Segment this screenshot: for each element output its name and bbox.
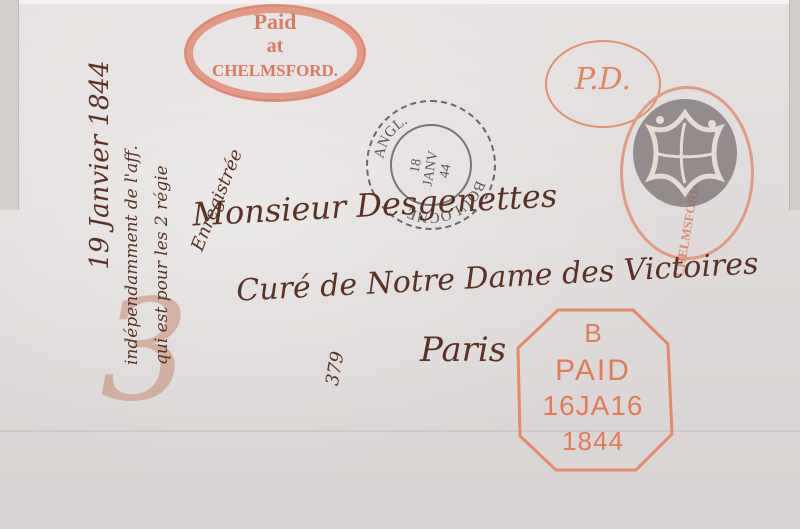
right-fold-flap xyxy=(789,0,800,210)
paper-top-edge xyxy=(0,0,800,4)
maltese-cross-cancel-icon xyxy=(630,98,740,208)
octagon-letter: B xyxy=(508,318,678,349)
docket-number: 379 xyxy=(322,350,349,387)
svg-text:ANGL.: ANGL. xyxy=(371,112,410,159)
pd-text: P.D. xyxy=(547,62,659,97)
left-fold-flap xyxy=(0,0,19,210)
note-line-1: indépendamment de l'aff. xyxy=(122,65,142,365)
octagon-date-text: 16JA16 xyxy=(508,390,678,422)
at-text: at xyxy=(187,35,363,58)
letter-date: 19 Janvier 1844 xyxy=(85,35,115,295)
address-line-2: Curé de Notre Dame des Victoires xyxy=(235,246,759,308)
paid-at-chelmsford-handstamp: Paid at CHELMSFORD. xyxy=(184,4,366,102)
chelmsford-text: CHELMSFORD. xyxy=(187,61,363,81)
london-paid-octagon-handstamp: B PAID 16JA16 1844 xyxy=(508,304,678,476)
paid-text: Paid xyxy=(187,9,363,35)
address-line-3: Paris xyxy=(420,330,506,370)
note-line-2: qui est pour les 2 régie xyxy=(152,65,172,365)
octagon-year-text: 1844 xyxy=(508,426,678,457)
octagon-paid-text: PAID xyxy=(508,354,678,388)
postal-cover: 3 Paid at CHELMSFORD. P.D. CHELMSFORD AN… xyxy=(0,0,800,529)
